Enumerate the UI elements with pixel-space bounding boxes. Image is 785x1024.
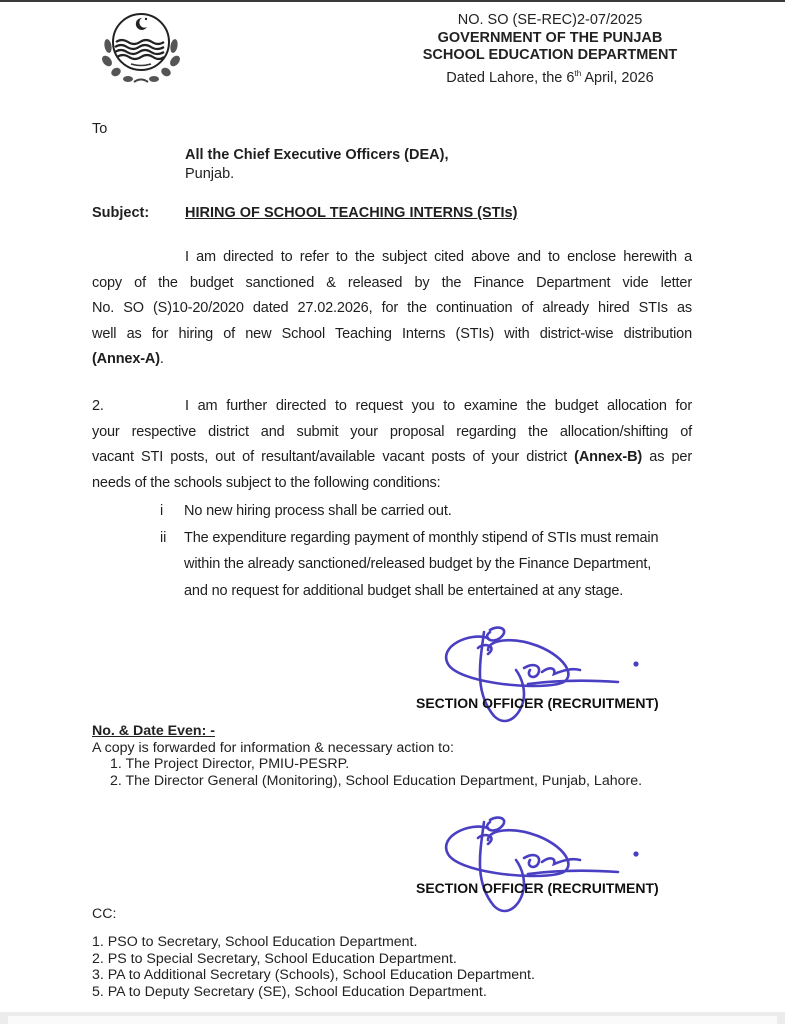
cc-list: 1. PSO to Secretary, School Education De… (92, 934, 535, 1000)
cc-item: 1. PSO to Secretary, School Education De… (92, 934, 535, 951)
signatory-title: SECTION OFFICER (RECRUITMENT) (416, 695, 659, 711)
letterhead: NO. SO (SE-REC)2-07/2025 GOVERNMENT OF T… (400, 12, 700, 87)
annex-b-reference: (Annex-B) (574, 449, 642, 465)
department-name: SCHOOL EDUCATION DEPARTMENT (400, 47, 700, 65)
signature-icon (440, 618, 660, 728)
government-name: GOVERNMENT OF THE PUNJAB (400, 30, 700, 48)
paragraph-number: 2. (92, 394, 104, 420)
no-date-even-heading: No. & Date Even: - (92, 723, 642, 740)
recipient-location: Punjab. (185, 166, 234, 182)
forward-section: No. & Date Even: - A copy is forwarded f… (92, 723, 642, 789)
conditions-list: i No new hiring process shall be carried… (160, 498, 700, 608)
date-line: Dated Lahore, the 6th April, 2026 (400, 65, 700, 87)
reference-number: NO. SO (SE-REC)2-07/2025 (400, 12, 700, 30)
forward-item: 2. The Director General (Monitoring), Sc… (92, 773, 642, 790)
cc-label: CC: (92, 906, 116, 923)
cc-item: 3. PA to Additional Secretary (Schools),… (92, 967, 535, 984)
forward-intro: A copy is forwarded for information & ne… (92, 740, 642, 757)
bottom-frame (0, 1012, 785, 1024)
subject-text: HIRING OF SCHOOL TEACHING INTERNS (STIs) (185, 205, 517, 221)
annex-a-reference: (Annex-A) (92, 351, 160, 367)
recipient: All the Chief Executive Officers (DEA), (185, 147, 448, 163)
condition-item: ii The expenditure regarding payment of … (160, 525, 700, 605)
cc-item: 5. PA to Deputy Secretary (SE), School E… (92, 984, 535, 1001)
forward-item: 1. The Project Director, PMIU-PESRP. (92, 756, 642, 773)
subject-label: Subject: (92, 205, 149, 221)
signatory-title: SECTION OFFICER (RECRUITMENT) (416, 880, 659, 896)
top-border (0, 0, 785, 2)
condition-item: i No new hiring process shall be carried… (160, 498, 700, 524)
punjab-emblem-icon (96, 6, 186, 88)
cc-item: 2. PS to Special Secretary, School Educa… (92, 951, 535, 968)
to-label: To (92, 121, 107, 137)
paragraph-2: 2.I am further directed to request you t… (92, 394, 692, 496)
paragraph-1: I am directed to refer to the subject ci… (92, 245, 692, 373)
signature-icon (440, 808, 660, 918)
